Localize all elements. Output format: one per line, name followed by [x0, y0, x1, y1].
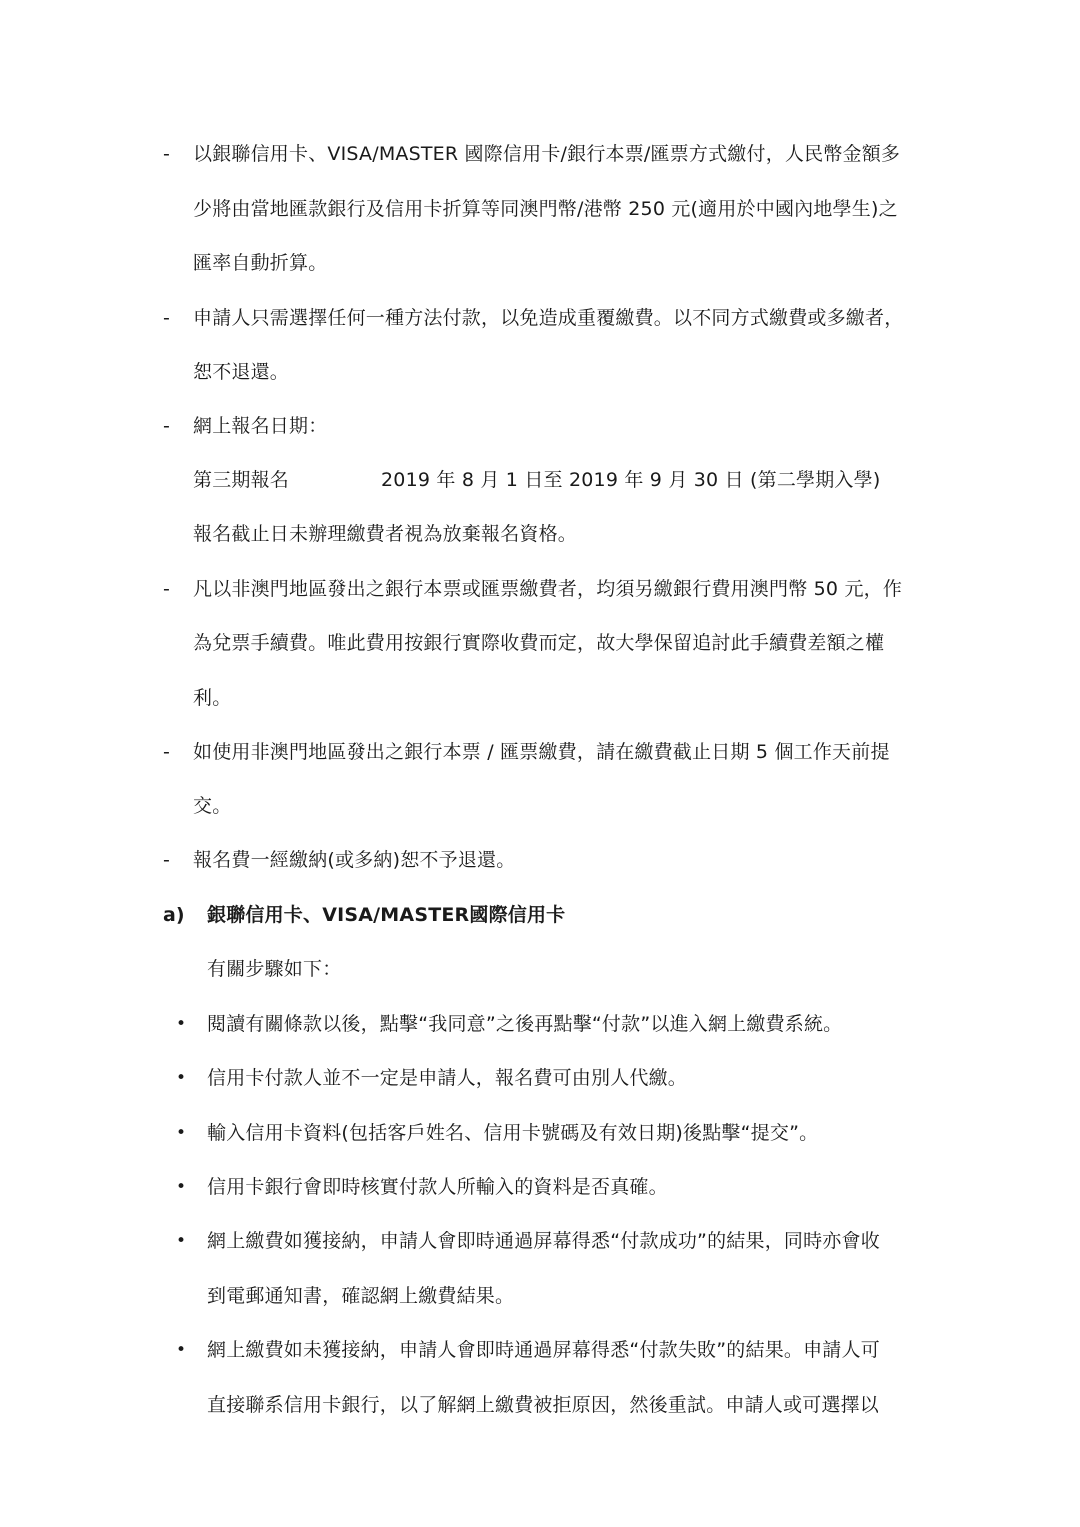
bullet-item-line: 信用卡銀行會即時核實付款人所輸入的資料是否真確。	[207, 1175, 668, 1199]
paragraph-line: 如使用非澳門地區發出之銀行本票 / 匯票繳費，請在繳費截止日期 5 個工作天前提	[193, 740, 890, 764]
bullet-item-line: 到電郵通知書，確認網上繳費結果。	[207, 1284, 514, 1308]
bullet-icon: •	[176, 1175, 186, 1199]
paragraph-line: 報名費一經繳納(或多納)恕不予退還。	[193, 848, 515, 872]
bullet-icon: •	[176, 1012, 186, 1036]
section-intro: 有關步驟如下：	[207, 957, 341, 981]
bullet-icon: •	[176, 1229, 186, 1253]
paragraph-line: 恕不退還。	[193, 360, 289, 384]
bullet-icon: •	[176, 1121, 186, 1145]
registration-period-label: 第三期報名	[193, 468, 289, 492]
paragraph-line: 交。	[193, 794, 231, 818]
bullet-item-line: 信用卡付款人並不一定是申請人，報名費可由別人代繳。	[207, 1066, 687, 1090]
paragraph-line: 申請人只需選擇任何一種方法付款，以免造成重覆繳費。以不同方式繳費或多繳者，	[193, 306, 903, 330]
paragraph-line: 為兌票手續費。唯此費用按銀行實際收費而定，故大學保留追討此手續費差額之權	[193, 631, 884, 655]
section-title: 銀聯信用卡、VISA/MASTER國際信用卡	[207, 903, 565, 927]
paragraph-line: 匯率自動折算。	[193, 251, 327, 275]
bullet-item-line: 網上繳費如未獲接納，申請人會即時通過屏幕得悉“付款失敗”的結果。申請人可	[207, 1338, 880, 1362]
dash-marker: -	[163, 740, 170, 764]
dash-marker: -	[163, 142, 170, 166]
bullet-item-line: 網上繳費如獲接納，申請人會即時通過屏幕得悉“付款成功”的結果，同時亦會收	[207, 1229, 880, 1253]
bullet-icon: •	[176, 1338, 186, 1362]
paragraph-line: 少將由當地匯款銀行及信用卡折算等同澳門幣/港幣 250 元(適用於中國內地學生)…	[193, 197, 898, 221]
dash-marker: -	[163, 577, 170, 601]
paragraph-line: 凡以非澳門地區發出之銀行本票或匯票繳費者，均須另繳銀行費用澳門幣 50 元，作	[193, 577, 902, 601]
dash-marker: -	[163, 306, 170, 330]
paragraph-line: 以銀聯信用卡、VISA/MASTER 國際信用卡/銀行本票/匯票方式繳付，人民幣…	[193, 142, 900, 166]
bullet-icon: •	[176, 1066, 186, 1090]
bullet-item-line: 輸入信用卡資料(包括客戶姓名、信用卡號碼及有效日期)後點擊“提交”。	[207, 1121, 818, 1145]
dash-marker: -	[163, 414, 170, 438]
registration-period-dates: 2019 年 8 月 1 日至 2019 年 9 月 30 日 (第二學期入學)	[381, 468, 880, 492]
dash-marker: -	[163, 848, 170, 872]
paragraph-line: 利。	[193, 686, 231, 710]
registration-date-heading: 網上報名日期：	[193, 414, 327, 438]
section-marker: a)	[163, 903, 185, 927]
bullet-item-line: 直接聯系信用卡銀行，以了解網上繳費被拒原因，然後重試。申請人或可選擇以	[207, 1393, 879, 1417]
registration-deadline-note: 報名截止日未辦理繳費者視為放棄報名資格。	[193, 522, 577, 546]
bullet-item-line: 閱讀有關條款以後，點擊“我同意”之後再點擊“付款”以進入網上繳費系統。	[207, 1012, 842, 1036]
